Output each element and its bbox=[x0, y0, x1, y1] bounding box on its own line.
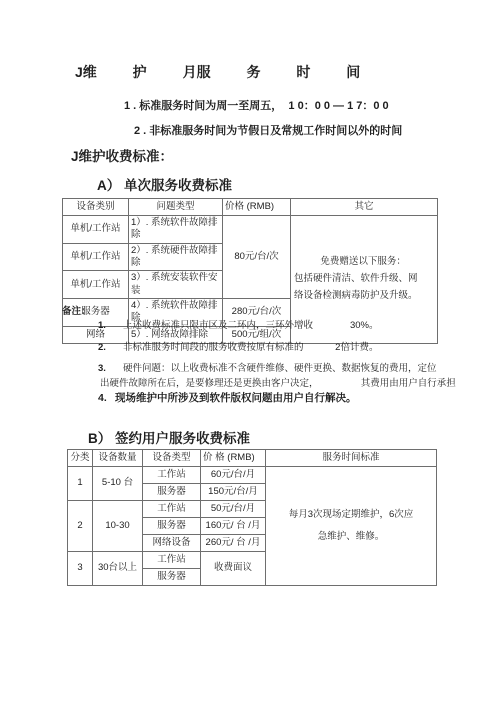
cell-device-type: 服务器 bbox=[143, 484, 201, 501]
header-service-standard: 服务时间标准 bbox=[266, 450, 437, 467]
section-b-heading: B） 签约用户服务收费标准 bbox=[88, 427, 250, 447]
cell-price: 50元/台/月 bbox=[201, 501, 266, 518]
cell-price: 260元/ 台 /月 bbox=[201, 535, 266, 552]
note-text: 非标准服务时间段的服务收费按原有标准的 2倍计费。 bbox=[123, 340, 472, 355]
header-price: 价格 (RMB) bbox=[223, 199, 291, 216]
table-header-row: 设备类别 问题类型 价格 (RMB) 其它 bbox=[63, 199, 438, 216]
note-text: 硬件问题：以上收费标准不含硬件维修、硬件更换、数据恢复的费用，定位 出硬件故障所… bbox=[100, 361, 472, 391]
document-page: J维 护 月服 务 时 间 1 . 标准服务时间为周一至周五， 1 0：0 0 … bbox=[0, 0, 500, 708]
cell-device-qty: 30台以上 bbox=[93, 552, 143, 586]
table-row: 1 5-10 台 工作站 60元/台/月 每月3次现场定期维护，6次应 急维护、… bbox=[68, 467, 437, 484]
notes-label: 备注： bbox=[62, 303, 91, 317]
note-text: 现场维护中所涉及到软件版权问题由用户自行解决。 bbox=[115, 391, 472, 406]
note-item-1: 1. 上述收费标准只限市区及二环内，三环外增收 30%。 bbox=[100, 318, 472, 333]
cell-class: 1 bbox=[68, 467, 93, 501]
cell-device-category: 单机/工作站 bbox=[63, 271, 129, 299]
cell-class: 3 bbox=[68, 552, 93, 586]
note-item-2: 2. 非标准服务时间段的服务收费按原有标准的 2倍计费。 bbox=[100, 340, 472, 355]
cell-device-qty: 5-10 台 bbox=[93, 467, 143, 501]
cell-problem-type: 3）. 系统安装软件安装 bbox=[129, 271, 223, 299]
header-other: 其它 bbox=[291, 199, 438, 216]
cell-device-type: 服务器 bbox=[143, 518, 201, 535]
cell-problem-type: 2）. 系统硬件故障排除 bbox=[129, 243, 223, 271]
cell-price-merged: 80元/台/次 bbox=[223, 216, 291, 299]
header-device-type: 设备类型 bbox=[143, 450, 201, 467]
note-number: 1. bbox=[98, 318, 106, 333]
cell-service-standard-merged: 每月3次现场定期维护，6次应 急维护、维修。 bbox=[266, 467, 437, 586]
note-number: 4. bbox=[98, 391, 107, 406]
fee-standard-heading: J维护收费标准： bbox=[71, 145, 173, 165]
contract-user-fee-table: 分类 设备数量 设备类型 价 格 (RMB) 服务时间标准 1 5-10 台 工… bbox=[67, 449, 437, 586]
nonstandard-service-time-line: 2 . 非标准服务时间为节假日及常规工作时间以外的时间 bbox=[134, 122, 402, 138]
header-device-category: 设备类别 bbox=[63, 199, 129, 216]
table-header-row: 分类 设备数量 设备类型 价 格 (RMB) 服务时间标准 bbox=[68, 450, 437, 467]
cell-device-category: 单机/工作站 bbox=[63, 216, 129, 244]
cell-class: 2 bbox=[68, 501, 93, 552]
header-price: 价 格 (RMB) bbox=[201, 450, 266, 467]
note-number: 3. bbox=[98, 361, 106, 376]
cell-price: 150元/台/月 bbox=[201, 484, 266, 501]
note-number: 2. bbox=[98, 340, 106, 355]
cell-device-type: 工作站 bbox=[143, 552, 201, 569]
cell-device-type: 网络设备 bbox=[143, 535, 201, 552]
note-text: 上述收费标准只限市区及二环内，三环外增收 30%。 bbox=[123, 318, 472, 333]
cell-price-merged: 收费面议 bbox=[201, 552, 266, 586]
cell-device-category: 单机/工作站 bbox=[63, 243, 129, 271]
cell-device-type: 工作站 bbox=[143, 501, 201, 518]
table-row: 单机/工作站 1）. 系统软件故障排除 80元/台/次 免费赠送以下服务： 包括… bbox=[63, 216, 438, 244]
header-device-qty: 设备数量 bbox=[93, 450, 143, 467]
document-title: J维 护 月服 务 时 间 bbox=[75, 62, 360, 82]
section-a-heading: A） 单次服务收费标准 bbox=[97, 174, 232, 194]
cell-device-type: 工作站 bbox=[143, 467, 201, 484]
header-problem-type: 问题类型 bbox=[129, 199, 223, 216]
cell-device-qty: 10-30 bbox=[93, 501, 143, 552]
cell-problem-type: 1）. 系统软件故障排除 bbox=[129, 216, 223, 244]
note-item-4: 4. 现场维护中所涉及到软件版权问题由用户自行解决。 bbox=[100, 391, 472, 406]
cell-price: 60元/台/月 bbox=[201, 467, 266, 484]
standard-service-time-line: 1 . 标准服务时间为周一至周五， 1 0：0 0 — 1 7：0 0 bbox=[124, 97, 389, 113]
note-item-3: 3. 硬件问题：以上收费标准不含硬件维修、硬件更换、数据恢复的费用，定位 出硬件… bbox=[100, 361, 472, 391]
header-class: 分类 bbox=[68, 450, 93, 467]
cell-device-type: 服务器 bbox=[143, 569, 201, 586]
cell-price: 160元/ 台 /月 bbox=[201, 518, 266, 535]
